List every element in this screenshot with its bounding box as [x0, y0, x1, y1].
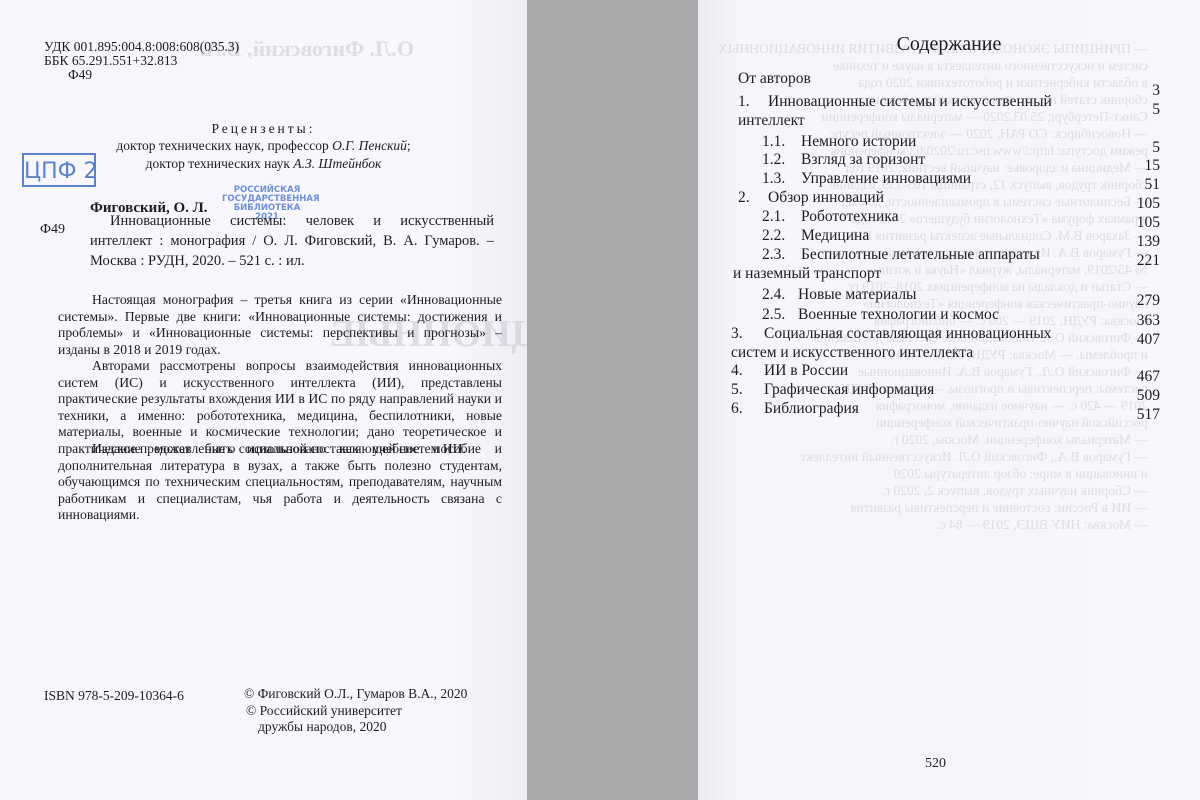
toc-entry-page: 5: [1120, 101, 1160, 119]
toc-entry-page: 51: [1120, 176, 1160, 194]
toc-entry-page: 15: [1120, 157, 1160, 175]
reviewer-1-title: доктор технических наук, профессор: [116, 138, 332, 153]
toc-entry-number: 2.4.: [762, 286, 785, 304]
left-page: О.Л. Фиговский, В.А. ИННОВАЦИОННЫЕ УДК 0…: [0, 0, 527, 800]
toc-entry-title: Немного истории: [801, 133, 916, 151]
reviewer-1: доктор технических наук, профессор О.Г. …: [0, 138, 527, 154]
classification-block: УДК 001.895:004.8:008:608(035.3) ББК 65.…: [44, 40, 239, 82]
toc-entry-page: 467: [1120, 368, 1160, 386]
toc-entry-page: 221: [1120, 252, 1160, 270]
reviewer-1-name: О.Г. Пенский: [332, 138, 407, 153]
toc-entry-page: 363: [1120, 312, 1160, 330]
toc-entry-title: Военные технологии и космос: [798, 306, 999, 324]
toc-entry-title: Новые материалы: [798, 286, 916, 304]
toc-entry-number: 2.2.: [762, 227, 785, 245]
copyright-line: © Фиговский О.Л., Гумаров В.А., 2020: [244, 686, 467, 703]
reviewer-2-title: доктор технических наук: [146, 156, 294, 171]
toc-entry-page: 407: [1120, 331, 1160, 349]
toc-entry-number: 6.: [731, 400, 743, 418]
bbk-code: ББК 65.291.551+32.813: [44, 54, 239, 68]
copyright-line: дружбы народов, 2020: [258, 719, 467, 736]
reviewer-1-suffix: ;: [407, 138, 411, 153]
toc-entry-title: Библиография: [764, 400, 859, 418]
toc-entry-number: 5.: [731, 381, 743, 399]
toc-entry-title: Робототехника: [801, 208, 899, 226]
toc-entry-number: 1.3.: [762, 170, 785, 188]
toc-entry-number: 2.1.: [762, 208, 785, 226]
toc-entry-page: 139: [1120, 233, 1160, 251]
cpf-stamp: ЦПФ 2: [22, 153, 96, 187]
toc-entry-page: 279: [1120, 292, 1160, 310]
toc-entry-title: Обзор инноваций: [768, 189, 884, 207]
toc-entry-title: Управление инновациями: [801, 170, 971, 188]
toc-entry-title: Медицина: [801, 227, 869, 245]
toc-entry-number: 4.: [731, 362, 743, 380]
toc-entry-page: 105: [1120, 195, 1160, 213]
reviewer-2-name: А.З. Штейнбок: [293, 156, 381, 171]
copyright-block: © Фиговский О.Л., Гумаров В.А., 2020 © Р…: [244, 686, 467, 736]
toc-entry-number: 3.: [731, 325, 743, 343]
toc-entry-number: 1.: [738, 93, 750, 111]
toc-entry-number: 2.5.: [762, 306, 785, 324]
toc-entry-number: 2.3.: [762, 246, 785, 264]
page-number: 520: [925, 756, 946, 772]
toc-entry-title: От авторов: [738, 70, 811, 88]
toc-entry-page: 509: [1120, 387, 1160, 405]
toc-entry-page: 517: [1120, 406, 1160, 424]
toc-entry-title: Социальная составляющая инновационных: [764, 325, 1052, 343]
toc-entry-title: Взгляд за горизонт: [801, 151, 925, 169]
toc-entry-title-continued: систем и искусственного интеллекта: [731, 344, 973, 362]
toc-entry-title: Графическая информация: [764, 381, 934, 399]
reviewers-heading: Рецензенты:: [0, 121, 527, 137]
toc-entry-title-continued: и наземный транспорт: [733, 265, 881, 283]
toc-entry-number: 2.: [738, 189, 750, 207]
right-page: — ПРИНЦИПЫ ЭКОНОМИЧЕСКОГО РАЗВИТИЯ ИННОВ…: [698, 0, 1200, 800]
toc-entry-title: Инновационные системы и искусственный: [768, 93, 1052, 111]
toc-entry-title-continued: интеллект: [738, 112, 805, 130]
author-mark: Ф49: [44, 68, 239, 82]
toc-entry-page: 3: [1120, 82, 1160, 100]
bibliographic-record: Инновационные системы: человек и искусст…: [90, 211, 494, 271]
toc-entry-title: ИИ в России: [764, 362, 848, 380]
catalog-code: Ф49: [40, 222, 65, 238]
toc-title: Содержание: [698, 33, 1200, 56]
abstract-paragraph: Настоящая монография – третья книга из с…: [58, 292, 502, 358]
copyright-line: © Российский университет: [246, 703, 467, 720]
isbn: ISBN 978-5-209-10364-6: [44, 688, 184, 704]
toc-entry-number: 1.2.: [762, 151, 785, 169]
udk-code: УДК 001.895:004.8:008:608(035.3): [44, 40, 239, 54]
toc-entry-page: 5: [1120, 139, 1160, 157]
toc-entry-title: Беспилотные летательные аппараты: [801, 246, 1040, 264]
toc-entry-page: 105: [1120, 214, 1160, 232]
abstract-paragraph: Издание может быть использовано как учеб…: [58, 441, 502, 524]
toc-entry-number: 1.1.: [762, 133, 785, 151]
